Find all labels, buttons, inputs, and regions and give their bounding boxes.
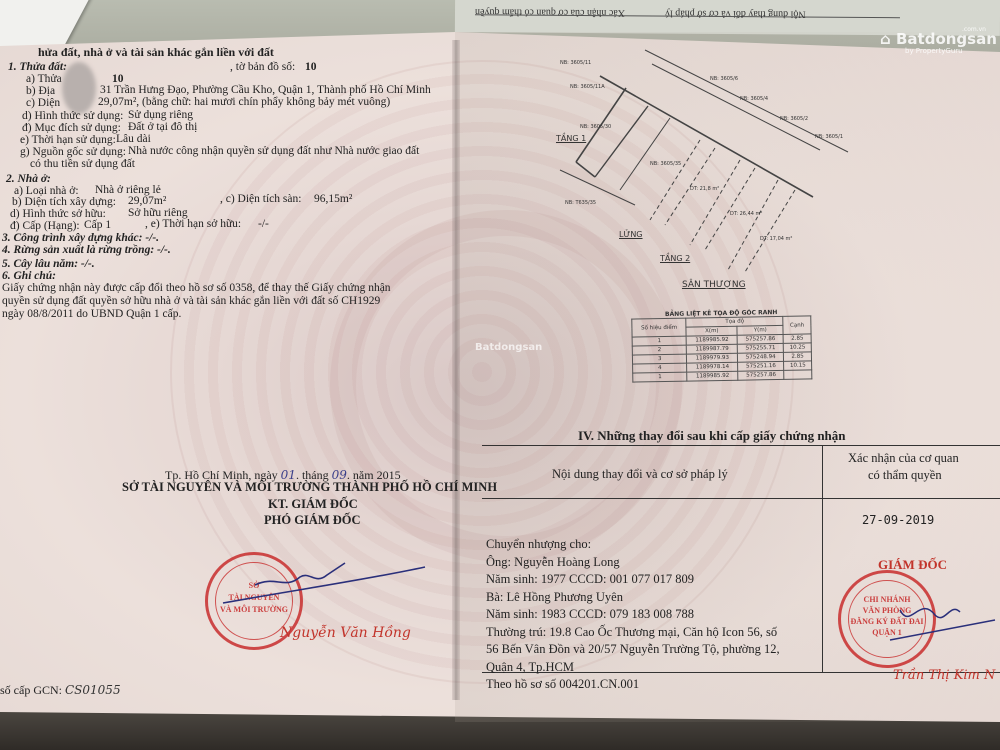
field-value: -/- [258,218,269,231]
coord-cell-point: 1 [633,372,688,382]
privacy-blur [62,62,96,114]
svg-text:DT: 17,04 m²: DT: 17,04 m² [760,236,792,242]
changes-title: IV. Những thay đổi sau khi cấp giấy chứn… [578,428,846,444]
col-edge: Cạnh [783,316,811,334]
note-line: quyền sử dụng đất quyền sở hữu nhà ở và … [2,295,380,308]
home-logo-icon: ⌂ [880,30,891,48]
plan-label-rooftop: SÂN THƯỢNG [682,280,746,290]
svg-text:NB: 3605/35: NB: 3605/35 [650,161,681,167]
coordinate-table: BẢNG LIỆT KÊ TỌA ĐỘ GÓC RANH Số hiệu điể… [631,308,813,411]
change-line: Năm sinh: 1977 CCCD: 001 077 017 809 [486,571,780,589]
svg-text:NB: 3605/1: NB: 3605/1 [815,134,843,140]
plan-label-floor2: TẦNG 2 [660,254,690,263]
signature-scribble [215,555,435,615]
watermark-sub: by PropertyGuru [905,47,963,55]
field-label: , c) Diện tích sàn: [220,193,301,206]
gcn-value: CS01055 [65,683,121,697]
change-line: Thường trú: 19.8 Cao Ốc Thương mại, Căn … [486,624,780,642]
change-line: Bà: Lê Hồng Phương Uyên [486,589,780,607]
plan-label-floor1: TẦNG 1 [556,134,586,143]
changes-col2-header: Xác nhận của cơ quan [848,450,959,468]
svg-text:NB: 3605/30: NB: 3605/30 [580,124,611,130]
field-value: Nhà nước công nhận quyền sử dụng đất như… [128,145,419,158]
signer-name: Nguyễn Văn Hồng [280,625,411,641]
svg-text:DT: 21,8 m²: DT: 21,8 m² [690,186,719,192]
deputy-director: PHÓ GIÁM ĐỐC [264,513,361,528]
svg-text:NB: 3605/6: NB: 3605/6 [710,76,738,82]
changes-col2-header: có thẩm quyền [868,467,942,485]
coord-cell-edge: 10.25 [784,343,812,352]
change-line: 56 Bến Vân Đồn và 20/57 Nguyễn Trường Tộ… [486,641,780,659]
coord-cell-x: 1189985.92 [687,371,738,381]
confirm-signature-scribble [880,590,1000,650]
svg-text:NB: 3605/4: NB: 3605/4 [740,96,768,102]
coord-cell-edge: 2.85 [783,334,811,343]
svg-text:NB: T635/35: NB: T635/35 [565,200,596,206]
change-line: Quận 4, Tp.HCM [486,659,780,677]
coord-cell-edge: 2.85 [784,352,812,361]
floor-area-value: 96,15m² [314,193,352,206]
svg-text:NB: 3605/2: NB: 3605/2 [780,116,808,122]
section-header: hửa đất, nhà ở và tài sản khác gắn liền … [38,46,274,59]
col-point: Số hiệu điểm [632,318,687,337]
overlap-col2-text: Nội dung thay đổi và cơ sở pháp lý [665,8,806,20]
changes-col1-header: Nội dung thay đổi và cơ sở pháp lý [552,466,728,484]
kt-director: KT. GIÁM ĐỐC [268,497,358,512]
coord-cell-y: 575257.86 [738,370,784,380]
change-line: Theo hồ sơ số 004201.CN.001 [486,676,780,694]
coord-cell-edge: 10.15 [784,361,812,370]
production-forest: 4. Rừng sản xuất là rừng trồng: -/-. [2,244,171,257]
note-line: ngày 08/8/2011 do UBND Quận 1 cấp. [2,308,181,321]
gcn-label: số cấp GCN: [0,683,62,697]
change-line: Ông: Nguyễn Hoàng Long [486,554,780,572]
svg-text:NB: 3605/11A: NB: 3605/11A [570,84,605,90]
coord-cell-edge [784,370,812,379]
svg-text:NB: 3605/11: NB: 3605/11 [560,60,591,66]
note-line: Giấy chứng nhận này được cấp đổi theo hồ… [2,282,391,295]
issuing-authority: SỞ TÀI NGUYÊN VÀ MÔI TRƯỜNG THÀNH PHỐ HỒ… [122,480,497,495]
map-sheet-label: , tờ bản đồ số: [230,61,295,74]
center-watermark: Batdongsan [475,342,542,353]
confirmation-date: 27-09-2019 [862,512,934,530]
confirm-signer-name: Trần Thị Kim N [893,668,995,683]
gcn-number-line: số cấp GCN: CS01055 [0,683,121,698]
change-line: Chuyển nhượng cho: [486,536,780,554]
field-label: , e) Thời hạn sở hữu: [145,218,241,231]
overlap-col1-text: Xác nhận của cơ quan có thẩm quyền [475,6,625,18]
svg-text:DT: 26,44 m²: DT: 26,44 m² [730,211,762,217]
coordinate-row: 11189985.92575257.86 [633,370,812,382]
watermark-tld: .com.vn [962,26,986,33]
change-line: Năm sinh: 1983 CCCD: 079 183 008 788 [486,606,780,624]
field-value: Cấp 1 [84,219,111,232]
change-content: Chuyển nhượng cho:Ông: Nguyễn Hoàng Long… [486,536,780,694]
plan-label-mezzanine: LỬNG [619,230,643,239]
floor-plan-diagram: NB: 3605/11 NB: 3605/11A NB: 3605/6 NB: … [540,40,860,280]
field-value: có thu tiền sử dụng đất [30,158,135,171]
field-label: c) Diện [26,97,60,110]
page-fold [452,40,460,700]
area-value: 29,07m², (bằng chữ: hai mươi chín phẩy k… [98,96,390,109]
map-sheet-value: 10 [305,61,317,74]
